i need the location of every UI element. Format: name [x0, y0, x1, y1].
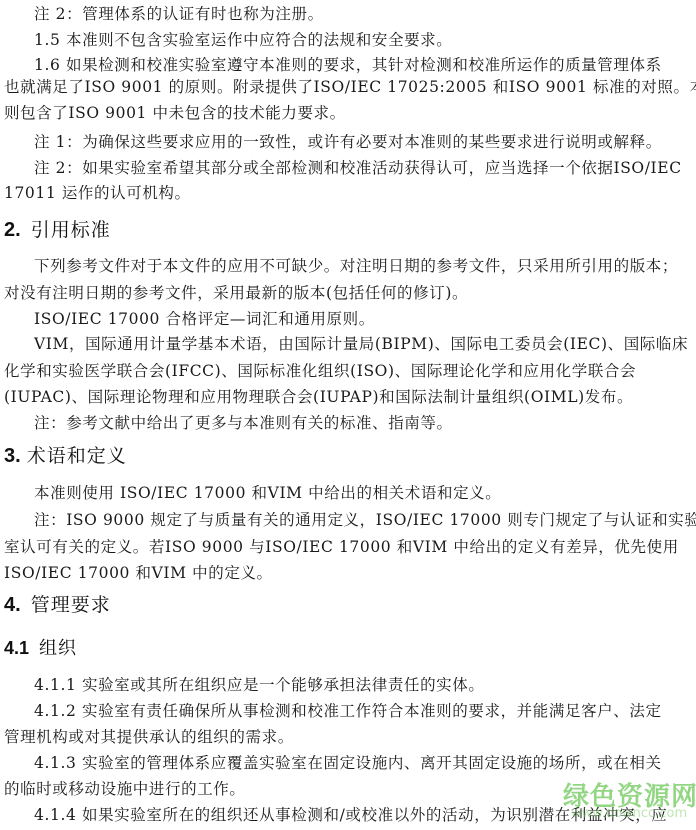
note-2-certification: 注 2：管理体系的认证有时也称为注册。 — [34, 4, 324, 24]
terms-intro: 本准则使用 ISO/IEC 17000 和VIM 中给出的相关术语和定义。 — [34, 483, 501, 503]
terms-note-line-3: ISO/IEC 17000 和VIM 中的定义。 — [4, 563, 273, 583]
reference-vim-line-1: VIM，国际通用计量学基本术语，由国际计量局(BIPM)、国际电工委员会(IEC… — [34, 334, 688, 354]
note-2-accreditation-line-1: 注 2：如果实验室希望其部分或全部检测和校准活动获得认可，应当选择一个依据ISO… — [34, 158, 682, 178]
note-2-accreditation-line-2: 17011 运作的认可机构。 — [4, 183, 191, 203]
references-note: 注：参考文献中给出了更多与本准则有关的标准、指南等。 — [34, 413, 453, 433]
clause-1-6-line-1: 1.6 如果检测和校准实验室遵守本准则的要求，其针对检测和校准所运作的质量管理体… — [34, 55, 662, 75]
section-heading-4: 4.管理要求 — [4, 592, 111, 618]
section-number: 4.1 — [4, 638, 29, 658]
clause-4-1-1: 4.1.1 实验室或其所在组织应是一个能够承担法律责任的实体。 — [34, 675, 484, 695]
document-page: 注 2：管理体系的认证有时也称为注册。 1.5 本准则不包含实验室运作中应符合的… — [0, 0, 696, 830]
reference-iso-iec-17000: ISO/IEC 17000 合格评定—词汇和通用原则。 — [34, 309, 375, 329]
section-number: 3. — [4, 445, 21, 467]
section-title: 术语和定义 — [27, 445, 127, 467]
clause-4-1-2-line-2: 管理机构或对其提供承认的组织的需求。 — [4, 727, 294, 747]
references-intro-line-1: 下列参考文件对于本文件的应用不可缺少。对注明日期的参考文件，只采用所引用的版本； — [34, 256, 678, 276]
section-title: 组织 — [39, 638, 77, 659]
clause-4-1-3-line-1: 4.1.3 实验室的管理体系应覆盖实验室在固定设施内、离开其固定设施的场所，或在… — [34, 753, 662, 773]
section-heading-2: 2.引用标准 — [4, 217, 111, 243]
note-1-consistency: 注 1：为确保这些要求应用的一致性，或许有必要对本准则的某些要求进行说明或解释。 — [34, 132, 662, 152]
reference-vim-line-3: (IUPAC)、国际理论物理和应用物理联合会(IUPAP)和国际法制计量组织(O… — [4, 387, 633, 407]
reference-vim-line-2: 化学和实验医学联合会(IFCC)、国际标准化组织(ISO)、国际理论化学和应用化… — [4, 361, 636, 381]
section-title: 引用标准 — [31, 219, 111, 241]
clause-1-5: 1.5 本准则不包含实验室运作中应符合的法规和安全要求。 — [34, 30, 452, 50]
section-number: 2. — [4, 219, 21, 241]
clause-4-1-3-line-2: 的临时或移动设施中进行的工作。 — [4, 779, 246, 799]
section-heading-3: 3.术语和定义 — [4, 443, 127, 469]
clause-4-1-2-line-1: 4.1.2 实验室有责任确保所从事检测和校准工作符合本准则的要求，并能满足客户、… — [34, 701, 662, 721]
clause-1-6-line-3: 则包含了ISO 9001 中未包含的技术能力要求。 — [4, 103, 346, 123]
references-intro-line-2: 对没有注明日期的参考文件，采用最新的版本(包括任何的修订)。 — [4, 283, 468, 303]
section-heading-4-1: 4.1组织 — [4, 635, 77, 661]
terms-note-line-2: 室认可有关的定义。若ISO 9000 与ISO/IEC 17000 和VIM 中… — [4, 537, 679, 557]
clause-4-1-4-line-1: 4.1.4 如果实验室所在的组织还从事检测和/或校准以外的活动，为识别潜在利益冲… — [34, 805, 667, 825]
section-number: 4. — [4, 594, 21, 616]
clause-1-6-line-2: 也就满足了ISO 9001 的原则。附录提供了ISO/IEC 17025:200… — [4, 77, 696, 97]
section-title: 管理要求 — [31, 594, 111, 616]
terms-note-line-1: 注：ISO 9000 规定了与质量有关的通用定义，ISO/IEC 17000 则… — [34, 510, 696, 530]
